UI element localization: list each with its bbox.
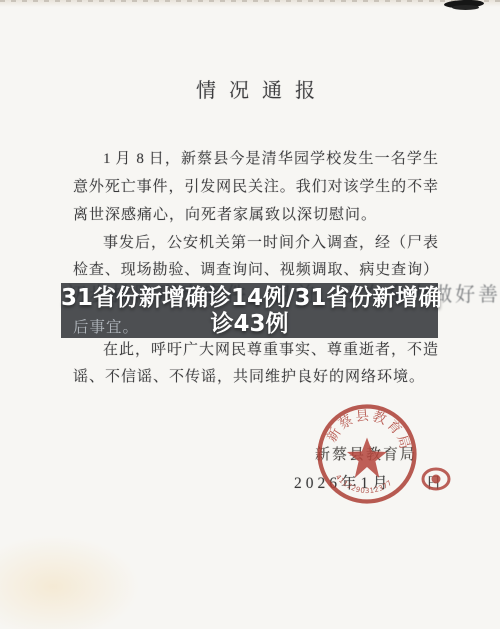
- body-line-3: 离世深感痛心，向死者家属致以深切慰问。: [73, 206, 438, 224]
- body-line-4: 事发后，公安机关第一时间介入调查，经（尸表: [73, 234, 438, 252]
- official-seal: 新蔡县教育局 4117290312377: [297, 385, 457, 525]
- body-line-2: 意外死亡事件，引发网民关注。我们对该学生的不幸: [73, 178, 438, 196]
- caption-line-2: 诊43例: [61, 311, 438, 337]
- body-line-1: 1 月 8 日，新蔡县今是清华园学校发生一名学生: [73, 150, 438, 168]
- scanned-notice-page: 情况通报 1 月 8 日，新蔡县今是清华园学校发生一名学生 意外死亡事件，引发网…: [0, 0, 500, 629]
- caption-line-1: 31省份新增确诊14例/31省份新增确: [61, 285, 438, 311]
- seal-rosette-center: [432, 475, 441, 484]
- seal-star-icon: [347, 438, 387, 479]
- scan-artifact-blob-small: [452, 5, 479, 10]
- body-line-8: 在此，呼吁广大网民尊重事实、尊重逝者，不造: [73, 341, 438, 359]
- scan-edge-dotted-line: [0, 0, 500, 2]
- news-caption-text: 31省份新增确诊14例/31省份新增确 诊43例: [61, 285, 438, 337]
- paper-smudge: [0, 535, 140, 629]
- page-title: 情况通报: [73, 74, 438, 103]
- seal-serial-number: 4117290312377: [334, 473, 394, 495]
- body-line-9: 谣、不信谣、不传谣，共同维护良好的网络环境。: [73, 368, 438, 386]
- body-line-5: 检查、现场勘验、调查询问、视频调取、病史查询）: [73, 261, 438, 279]
